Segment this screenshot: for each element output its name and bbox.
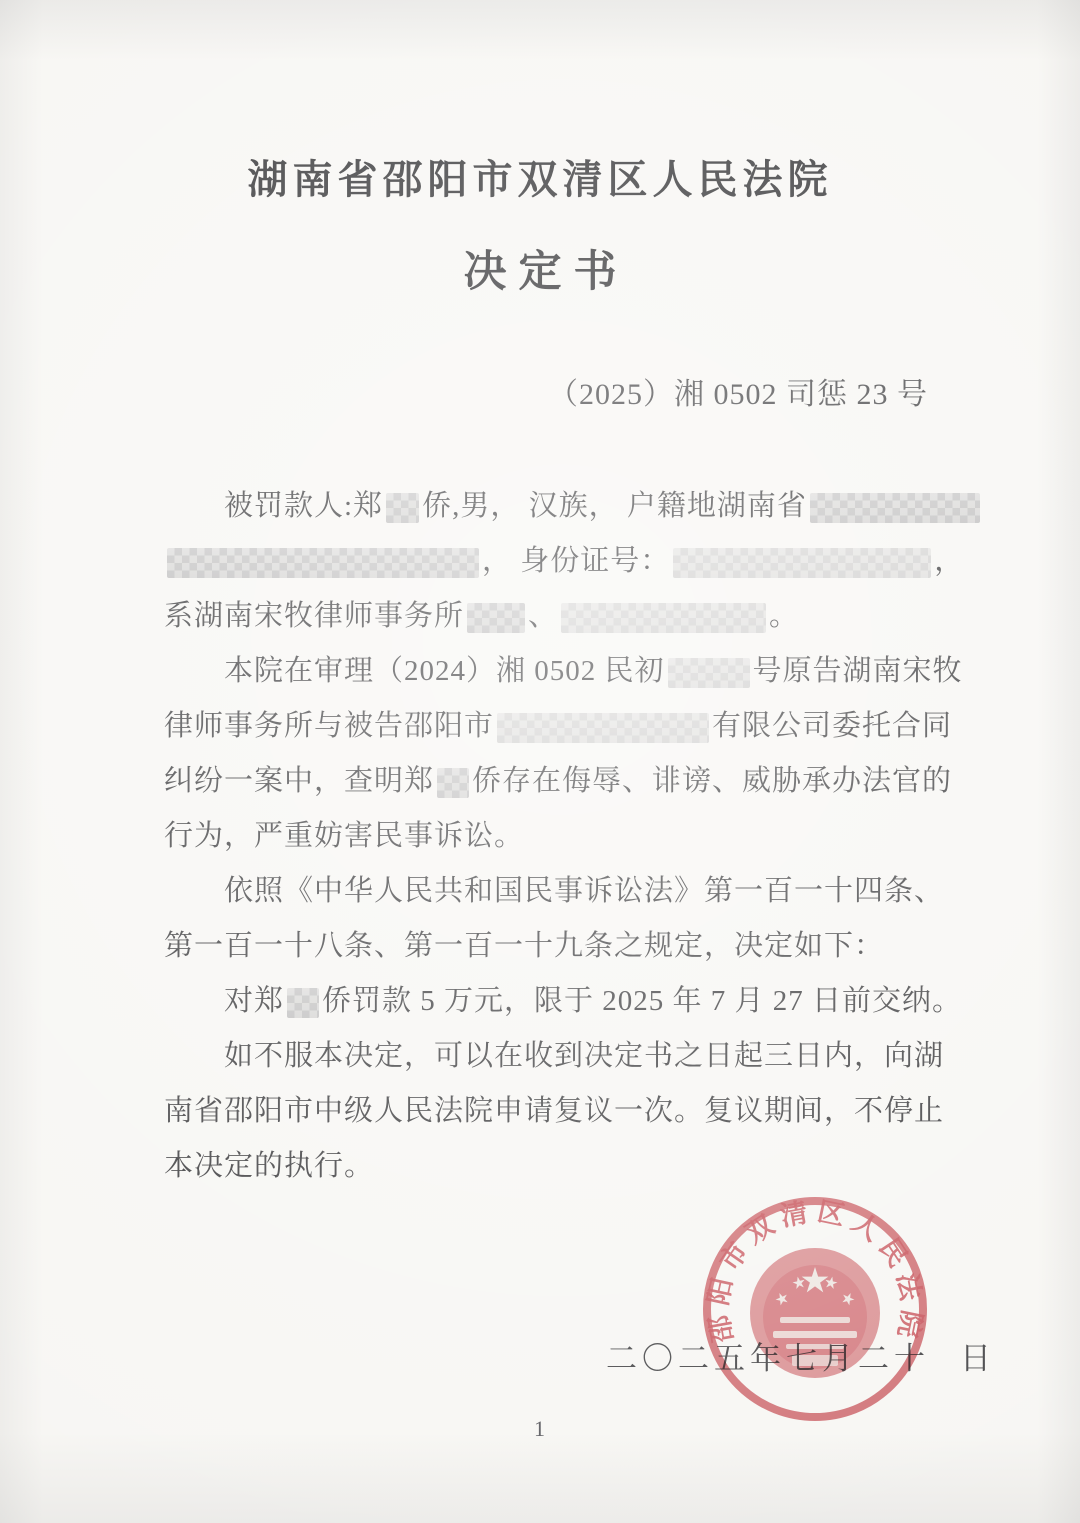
redacted-text xyxy=(167,548,479,578)
line-text: 系湖南宋牧律师事务所 xyxy=(164,600,464,632)
line-text: 如不服本决定，可以在收到决定书之日起三日内，向湖 xyxy=(224,1040,944,1072)
body-line: 系湖南宋牧律师事务所、。 xyxy=(164,589,924,644)
document-body: 被罚款人:郑侨,男， 汉族， 户籍地湖南省 ， 身份证号：， 系湖南宋牧律师事务… xyxy=(164,479,924,1194)
redacted-text xyxy=(386,493,419,523)
body-line: 对郑侨罚款 5 万元，限于 2025 年 7 月 27 日前交纳。 xyxy=(164,974,924,1029)
line-text: 侨存在侮辱、诽谤、威胁承办法官的 xyxy=(472,765,952,797)
case-number: （2025）湘 0502 司惩 23 号 xyxy=(548,369,928,413)
national-emblem-icon xyxy=(750,1248,880,1378)
body-line: 被罚款人:郑侨,男， 汉族， 户籍地湖南省 xyxy=(164,479,924,534)
line-text: 本决定的执行。 xyxy=(164,1150,374,1182)
line-text: 有限公司委托合同 xyxy=(712,710,952,742)
line-text: 南省邵阳市中级人民法院申请复议一次。复议期间，不停止 xyxy=(164,1095,944,1127)
body-line: 本决定的执行。 xyxy=(164,1139,924,1194)
line-text: 律师事务所与被告邵阳市 xyxy=(164,710,494,742)
redacted-text xyxy=(437,768,469,798)
line-text: 号原告湖南宋牧 xyxy=(753,655,963,687)
doc-title: 决定书 xyxy=(0,238,1080,299)
line-text: 第一百一十八条、第一百一十九条之规定，决定如下： xyxy=(164,930,884,962)
redacted-text xyxy=(668,658,750,688)
court-name: 湖南省邵阳市双清区人民法院 xyxy=(0,148,1080,205)
body-line: 纠纷一案中，查明郑侨存在侮辱、诽谤、威胁承办法官的 xyxy=(164,754,924,809)
line-text: 侨,男， 汉族， 户籍地湖南省 xyxy=(422,490,807,522)
body-line: 行为，严重妨害民事诉讼。 xyxy=(164,809,924,864)
redacted-text xyxy=(673,548,931,578)
body-line: 依照《中华人民共和国民事诉讼法》第一百一十四条、 xyxy=(164,864,924,919)
line-text: 纠纷一案中，查明郑 xyxy=(164,765,434,797)
line-text: 侨罚款 5 万元，限于 2025 年 7 月 27 日前交纳。 xyxy=(322,985,962,1017)
seal-graphic: 邵阳市双清区人民法院 xyxy=(703,1196,927,1417)
line-text: ， 身份证号： xyxy=(482,545,670,577)
line-text: 、 xyxy=(528,600,558,632)
body-line: 南省邵阳市中级人民法院申请复议一次。复议期间，不停止 xyxy=(164,1084,924,1139)
line-text: 依照《中华人民共和国民事诉讼法》第一百一十四条、 xyxy=(224,875,944,907)
official-seal: 邵阳市双清区人民法院 xyxy=(694,1188,936,1430)
line-text: 本院在审理（2024）湘 0502 民初 xyxy=(224,655,665,687)
line-text: 。 xyxy=(769,600,799,632)
redacted-text xyxy=(810,493,980,523)
redacted-text xyxy=(561,603,766,633)
body-line: 第一百一十八条、第一百一十九条之规定，决定如下： xyxy=(164,919,924,974)
redacted-text xyxy=(467,603,525,633)
body-line: ， 身份证号：， xyxy=(164,534,924,589)
redacted-text xyxy=(287,988,319,1018)
redacted-text xyxy=(497,713,709,743)
line-text: 对郑 xyxy=(224,985,284,1017)
body-line: 如不服本决定，可以在收到决定书之日起三日内，向湖 xyxy=(164,1029,924,1084)
body-line: 本院在审理（2024）湘 0502 民初号原告湖南宋牧 xyxy=(164,644,924,699)
date-text: 日 xyxy=(960,1341,996,1376)
line-text: 行为，严重妨害民事诉讼。 xyxy=(164,820,524,852)
line-text: 被罚款人:郑 xyxy=(224,490,383,522)
line-text: ， xyxy=(934,545,964,577)
document-page: 湖南省邵阳市双清区人民法院 决定书 （2025）湘 0502 司惩 23 号 被… xyxy=(0,0,1080,1523)
body-line: 律师事务所与被告邵阳市有限公司委托合同 xyxy=(164,699,924,754)
